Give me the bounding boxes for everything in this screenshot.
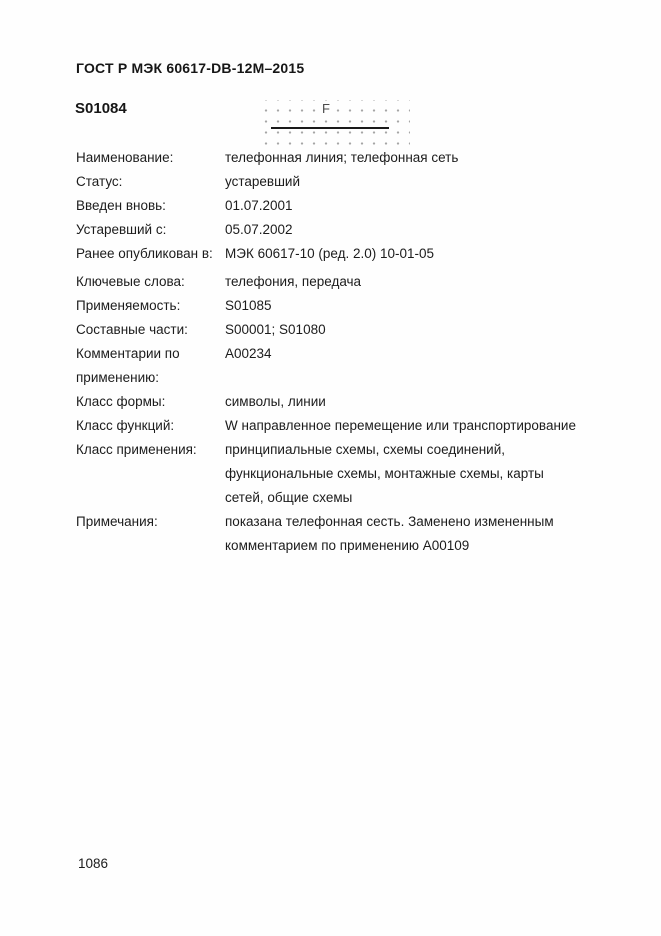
field-label: Введен вновь: <box>76 194 225 218</box>
field-label: Ключевые слова: <box>76 270 225 294</box>
field-value: A00234 <box>225 342 581 390</box>
field-label: Класс применения: <box>76 438 225 510</box>
field-row: Класс функций: W направленное перемещени… <box>76 414 596 438</box>
field-value: принципиальные схемы, схемы соединений, … <box>225 438 581 510</box>
field-row: Устаревший с: 05.07.2002 <box>76 218 596 242</box>
field-row: Ключевые слова: телефония, передача <box>76 270 596 294</box>
field-label: Составные части: <box>76 318 225 342</box>
field-value: S01085 <box>225 294 581 318</box>
dot-grid-background <box>258 100 410 146</box>
document-title: ГОСТ Р МЭК 60617-DB-12М–2015 <box>76 60 304 76</box>
field-value: МЭК 60617-10 (ред. 2.0) 10-01-05 <box>225 242 581 266</box>
field-value: показана телефонная сесть. Заменено изме… <box>225 510 581 558</box>
field-row: Класс формы: символы, линии <box>76 390 596 414</box>
telephone-line-symbol <box>271 127 389 129</box>
field-value: устаревший <box>225 170 581 194</box>
field-label: Устаревший с: <box>76 218 225 242</box>
field-label: Примечания: <box>76 510 225 558</box>
field-row: Применяемость: S01085 <box>76 294 596 318</box>
symbol-diagram: F <box>258 100 410 146</box>
field-value: символы, линии <box>225 390 581 414</box>
field-value: 05.07.2002 <box>225 218 581 242</box>
field-label: Класс формы: <box>76 390 225 414</box>
field-row: Введен вновь: 01.07.2001 <box>76 194 596 218</box>
symbol-letter-label: F <box>319 102 333 116</box>
field-table: Наименование: телефонная линия; телефонн… <box>76 146 596 558</box>
field-value: телефония, передача <box>225 270 581 294</box>
field-label: Наименование: <box>76 146 225 170</box>
field-value: W направленное перемещение или транспорт… <box>225 414 581 438</box>
field-row: Класс применения: принципиальные схемы, … <box>76 438 596 510</box>
field-value: S00001; S01080 <box>225 318 581 342</box>
field-label: Класс функций: <box>76 414 225 438</box>
field-label: Ранее опубликован в: <box>76 242 225 266</box>
field-row: Составные части: S00001; S01080 <box>76 318 596 342</box>
symbol-id: S01084 <box>75 100 127 117</box>
field-row: Ранее опубликован в: МЭК 60617-10 (ред. … <box>76 242 596 266</box>
field-label: Статус: <box>76 170 225 194</box>
field-label: Применяемость: <box>76 294 225 318</box>
document-page: ГОСТ Р МЭК 60617-DB-12М–2015 S01084 F На… <box>0 0 661 936</box>
field-value: 01.07.2001 <box>225 194 581 218</box>
field-value: телефонная линия; телефонная сеть <box>225 146 581 170</box>
field-row: Комментарии по применению: A00234 <box>76 342 596 390</box>
field-row: Примечания: показана телефонная сесть. З… <box>76 510 596 558</box>
page-number: 1086 <box>78 855 108 873</box>
field-label: Комментарии по применению: <box>76 342 225 390</box>
field-row: Статус: устаревший <box>76 170 596 194</box>
field-row: Наименование: телефонная линия; телефонн… <box>76 146 596 170</box>
